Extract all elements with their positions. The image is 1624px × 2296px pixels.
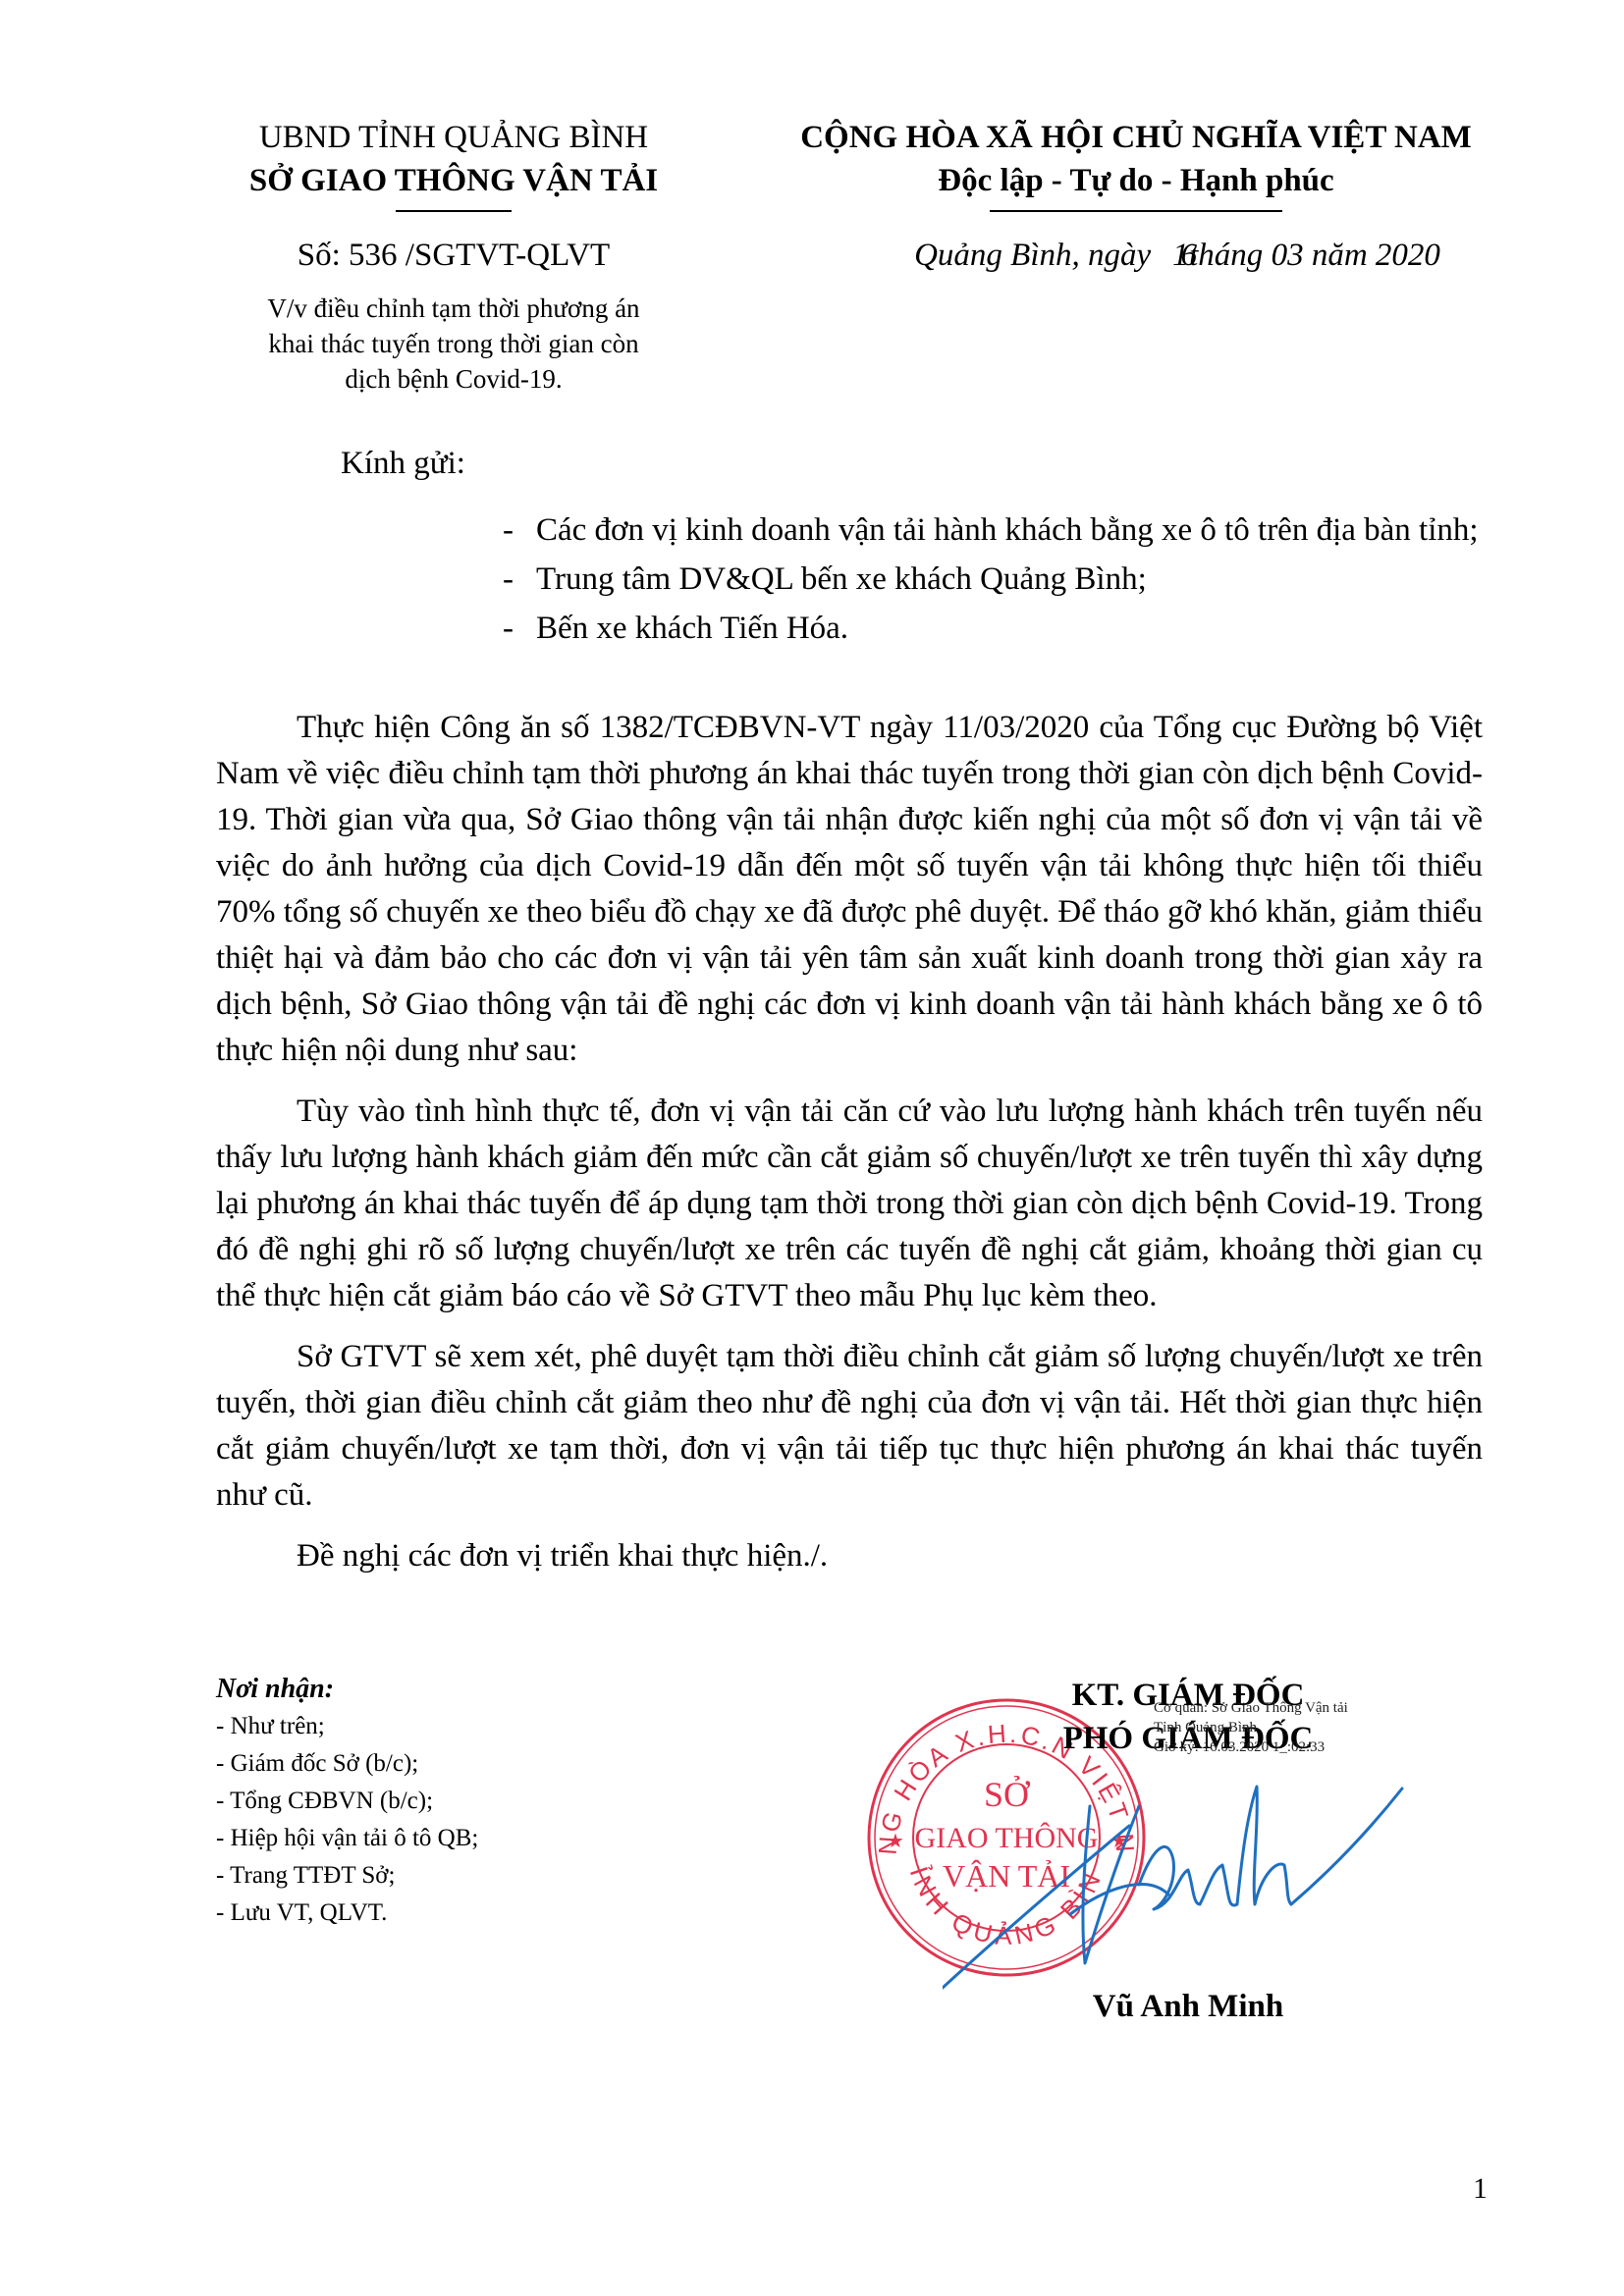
agency-name: SỞ GIAO THÔNG VẬN TẢI (208, 159, 699, 202)
date-month-label: tháng (1189, 238, 1263, 273)
national-title: CỘNG HÒA XÃ HỘI CHỦ NGHĨA VIỆT NAM (748, 116, 1524, 159)
distribution-item: Lưu VT, QLVT. (216, 1895, 707, 1932)
distribution-list: Nơi nhận: Như trên; Giám đốc Sở (b/c); T… (216, 1671, 707, 1932)
date-month: 03 (1272, 238, 1304, 273)
body-paragraph: Đề nghị các đơn vị triển khai thực hiện.… (216, 1533, 1483, 1579)
svg-text:★: ★ (887, 1831, 904, 1852)
distribution-item: Tổng CĐBVN (b/c); (216, 1783, 707, 1820)
addressee-item: Bến xe khách Tiến Hóa. (503, 604, 1485, 653)
digital-signature-time: Giờ ký: 16.03.2020 1_:02:33 (1154, 1737, 1389, 1757)
letter-body: Thực hiện Công ăn số 1382/TCĐBVN-VT ngày… (216, 705, 1483, 1594)
date-day: 16 (1172, 238, 1189, 273)
document-subject: V/v điều chỉnh tạm thời phương án khai t… (208, 291, 699, 397)
issue-date: Quảng Bình, ngày16tháng 03 năm 2020 (789, 234, 1565, 277)
document-number: Số: 536 /SGTVT-QLVT (208, 234, 699, 277)
digital-signature-province: Tỉnh Quảng Bình (1154, 1718, 1389, 1737)
addressee-item: Các đơn vị kinh doanh vận tải hành khách… (503, 506, 1485, 555)
body-paragraph: Tùy vào tình hình thực tế, đơn vị vận tả… (216, 1089, 1483, 1319)
distribution-item: Hiệp hội vận tải ô tô QB; (216, 1820, 707, 1857)
salutation-label: Kính gửi: (341, 442, 465, 485)
body-paragraph: Thực hiện Công ăn số 1382/TCĐBVN-VT ngày… (216, 705, 1483, 1074)
date-prefix: Quảng Bình, ngày (914, 238, 1151, 273)
addressee-item: Trung tâm DV&QL bến xe khách Quảng Bình; (503, 555, 1485, 604)
body-paragraph: Sở GTVT sẽ xem xét, phê duyệt tạm thời đ… (216, 1334, 1483, 1519)
distribution-title: Nơi nhận: (216, 1671, 707, 1708)
digital-signature-agency: Cơ quan: Sở Giao Thông Vận tải (1154, 1698, 1389, 1718)
header-divider (396, 210, 512, 212)
motto-divider (990, 210, 1282, 212)
issuing-agency-block: UBND TỈNH QUẢNG BÌNH SỞ GIAO THÔNG VẬN T… (208, 116, 699, 397)
handwritten-signature-icon (943, 1767, 1404, 1993)
page-number: 1 (1473, 2169, 1488, 2209)
digital-signature-info: Cơ quan: Sở Giao Thông Vận tải Tỉnh Quản… (1154, 1698, 1389, 1757)
national-motto: Độc lập - Tự do - Hạnh phúc (748, 159, 1524, 202)
distribution-item: Trang TTĐT Sở; (216, 1857, 707, 1895)
national-header-block: CỘNG HÒA XÃ HỘI CHỦ NGHĨA VIỆT NAM Độc l… (748, 116, 1524, 277)
addressee-list: Các đơn vị kinh doanh vận tải hành khách… (503, 506, 1485, 653)
distribution-item: Giám đốc Sở (b/c); (216, 1745, 707, 1783)
date-year: năm 2020 (1312, 238, 1440, 273)
distribution-item: Như trên; (216, 1708, 707, 1745)
parent-agency: UBND TỈNH QUẢNG BÌNH (208, 116, 699, 159)
